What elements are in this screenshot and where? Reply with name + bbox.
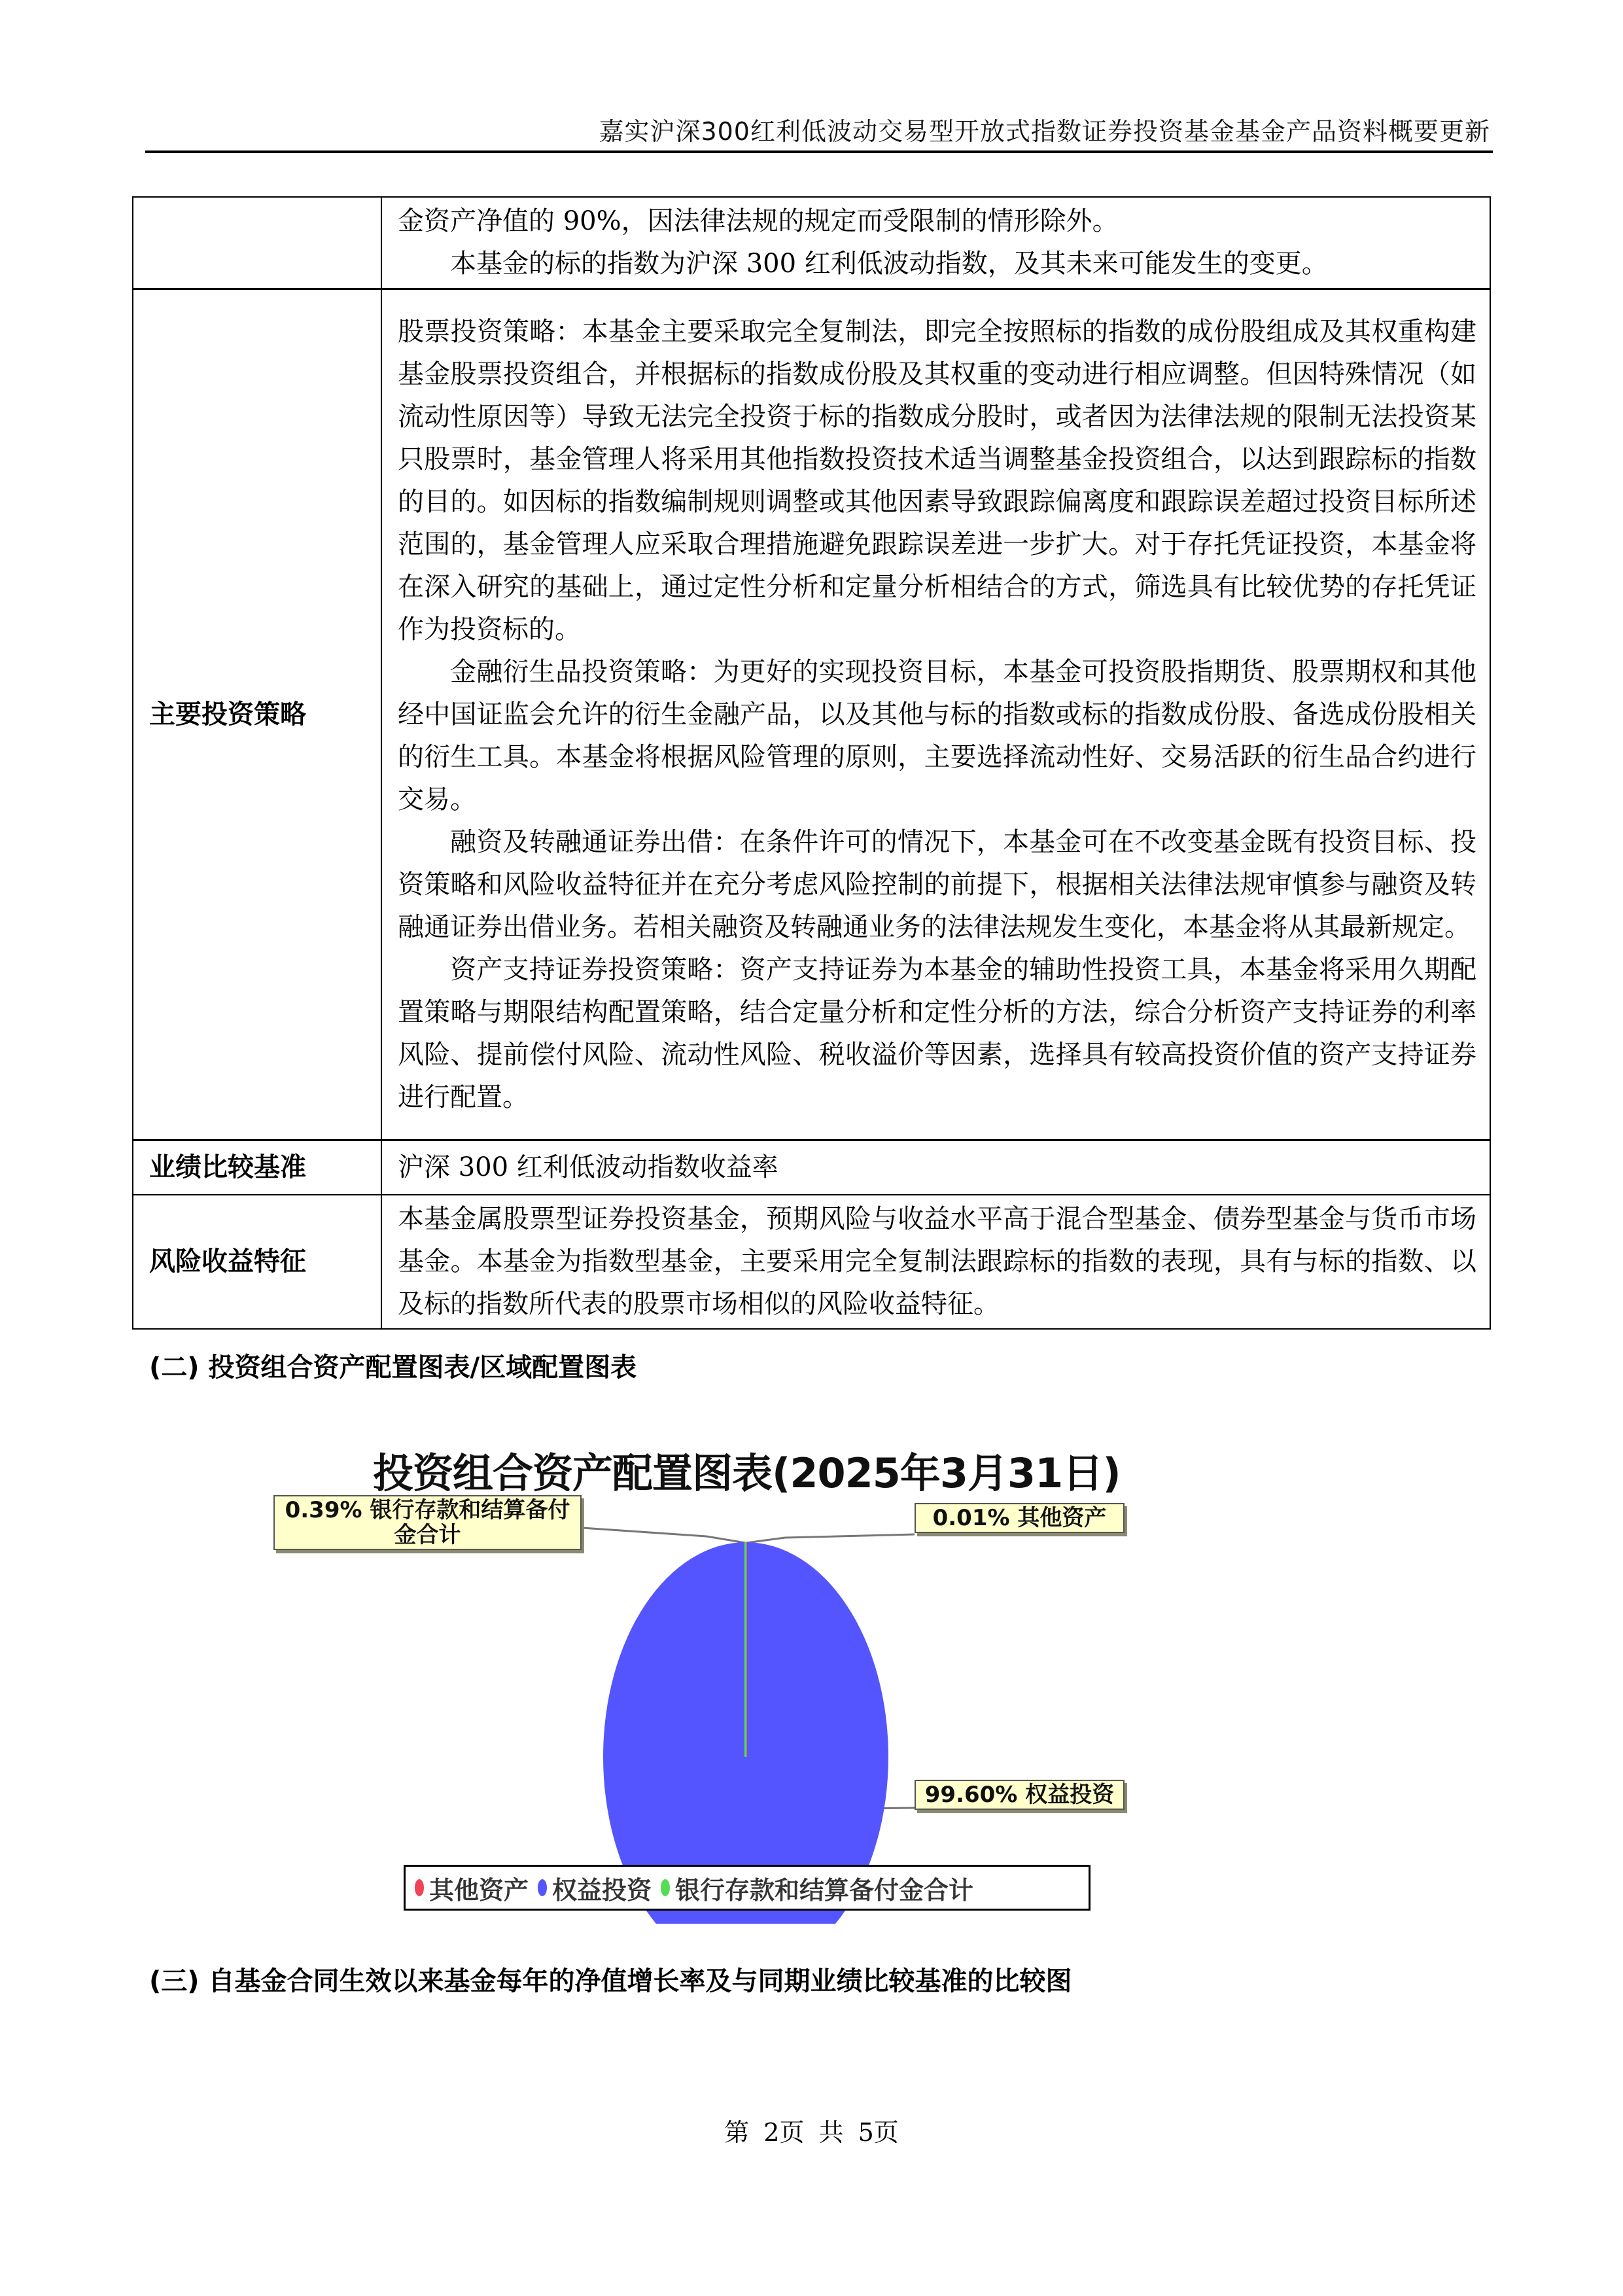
row-content: 沪深 300 红利低波动指数收益率 [381, 1140, 1490, 1195]
row-content: 股票投资策略：本基金主要采取完全复制法，即完全按照标的指数的成份股组成及其权重构… [381, 289, 1490, 1140]
paragraph: 资产支持证券投资策略：资产支持证券为本基金的辅助性投资工具，本基金将采用久期配置… [398, 949, 1476, 1119]
legend-item-equity: 权益投资 [538, 1870, 652, 1906]
pie-label-other: 0.01% 其他资产 [915, 1503, 1125, 1533]
paragraph: 本基金的标的指数为沪深 300 红利低波动指数，及其未来可能发生的变更。 [398, 243, 1476, 285]
section-heading-nav-growth: (三) 自基金合同生效以来基金每年的净值增长率及与同期业绩比较基准的比较图 [149, 1960, 1072, 1998]
legend-item-bank: 银行存款和结算备付金合计 [661, 1870, 973, 1906]
asset-allocation-pie-chart: 投资组合资产配置图表(2025年3月31日) 0.39% 银行存款和结算备付金合… [262, 1426, 1191, 1924]
header-rule [145, 150, 1493, 153]
section-heading-asset-allocation: (二) 投资组合资产配置图表/区域配置图表 [149, 1347, 637, 1384]
red-dot-icon [415, 1879, 424, 1896]
row-label: 业绩比较基准 [133, 1140, 381, 1195]
paragraph: 本基金属股票型证券投资基金，预期风险与收益水平高于混合型基金、债券型基金与货币市… [398, 1198, 1476, 1326]
paragraph: 融资及转融通证券出借：在条件许可的情况下，本基金可在不改变基金既有投资目标、投资… [398, 821, 1476, 949]
green-dot-icon [661, 1879, 670, 1896]
table-row-risk-return: 风险收益特征 本基金属股票型证券投资基金，预期风险与收益水平高于混合型基金、债券… [133, 1195, 1490, 1329]
fund-info-table: 金资产净值的 90%，因法律法规的规定而受限制的情形除外。 本基金的标的指数为沪… [132, 196, 1491, 1330]
paragraph: 股票投资策略：本基金主要采取完全复制法，即完全按照标的指数的成份股组成及其权重构… [398, 311, 1476, 651]
table-row-index-continuation: 金资产净值的 90%，因法律法规的规定而受限制的情形除外。 本基金的标的指数为沪… [133, 197, 1490, 289]
pie-label-equity: 99.60% 权益投资 [915, 1780, 1125, 1810]
pie-label-bank: 0.39% 银行存款和结算备付金合计 [273, 1495, 582, 1550]
running-header: 嘉实沪深300红利低波动交易型开放式指数证券投资基金基金产品资料概要更新 [599, 111, 1490, 147]
page-number: 第 2页 共 5页 [0, 2112, 1623, 2148]
row-label: 风险收益特征 [133, 1195, 381, 1329]
row-label [133, 197, 381, 289]
leader-line-other [746, 1534, 915, 1543]
paragraph: 金融衍生品投资策略：为更好的实现投资目标，本基金可投资股指期货、股票期权和其他经… [398, 651, 1476, 821]
paragraph: 金资产净值的 90%，因法律法规的规定而受限制的情形除外。 [398, 200, 1476, 243]
row-content: 本基金属股票型证券投资基金，预期风险与收益水平高于混合型基金、债券型基金与货币市… [381, 1195, 1490, 1329]
table-row-investment-strategy: 主要投资策略 股票投资策略：本基金主要采取完全复制法，即完全按照标的指数的成份股… [133, 289, 1490, 1140]
row-content: 金资产净值的 90%，因法律法规的规定而受限制的情形除外。 本基金的标的指数为沪… [381, 197, 1490, 289]
paragraph: 沪深 300 红利低波动指数收益率 [398, 1146, 1476, 1189]
chart-legend: 其他资产 权益投资 银行存款和结算备付金合计 [404, 1865, 1091, 1911]
leader-line-bank [582, 1528, 746, 1543]
row-label: 主要投资策略 [133, 289, 381, 1140]
table-row-benchmark: 业绩比较基准 沪深 300 红利低波动指数收益率 [133, 1140, 1490, 1195]
blue-dot-icon [538, 1879, 547, 1896]
legend-item-other: 其他资产 [415, 1870, 529, 1906]
